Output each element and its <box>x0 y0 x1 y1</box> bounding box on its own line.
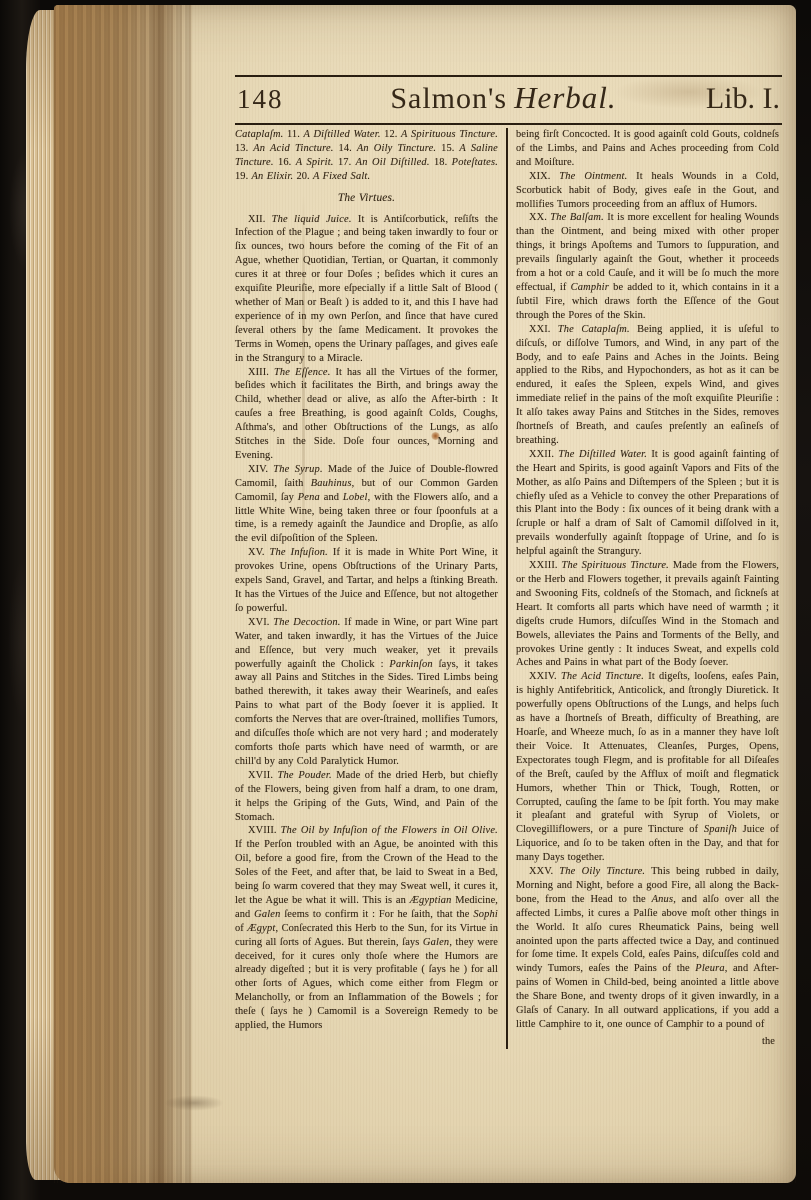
paragraph-xviii-oil-by-infusion: XVIII. The Oil by Infuſion of the Flower… <box>235 824 498 1033</box>
paragraph-xxiii-spirituous-tincture: XXIII. The Spirituous Tincture. Made fro… <box>516 559 779 670</box>
paragraph-xxi-cataplasm: XXI. The Cataplaſm. Being applied, it is… <box>516 323 779 448</box>
heading-the-virtues: The Virtues. <box>235 192 498 206</box>
printed-text-block: 148 Salmon's Herbal. Lib. I. Cataplaſm. … <box>235 75 782 1049</box>
book-title-italic: Herbal. <box>514 80 617 115</box>
page-leaf: 148 Salmon's Herbal. Lib. I. Cataplaſm. … <box>54 5 796 1183</box>
column-right: being firſt Concocted. It is good againſ… <box>506 128 779 1049</box>
paragraph-xvi-decoction: XVI. The Decoction. If made in Wine, or … <box>235 616 498 769</box>
book-title-roman: Salmon's <box>390 82 507 115</box>
book-title: Salmon's Herbal. <box>327 80 680 116</box>
catchword: the <box>516 1035 779 1049</box>
paragraph-xx-balsam: XX. The Balſam. It is more excellent for… <box>516 211 779 322</box>
paragraph-preparations-list: Cataplaſm. 11. A Diſtilled Water. 12. A … <box>235 128 498 184</box>
gutter-stain <box>54 5 192 1183</box>
paragraph-continuation: being firſt Concocted. It is good againſ… <box>516 128 779 170</box>
book-part-label: Lib. I. <box>680 82 780 116</box>
paragraph-xxii-distilled-water: XXII. The Diſtilled Water. It is good ag… <box>516 448 779 559</box>
book-photo: 148 Salmon's Herbal. Lib. I. Cataplaſm. … <box>0 0 811 1200</box>
column-left: Cataplaſm. 11. A Diſtilled Water. 12. A … <box>235 128 506 1049</box>
two-column-text: Cataplaſm. 11. A Diſtilled Water. 12. A … <box>235 128 782 1049</box>
paragraph-xv-infusion: XV. The Infuſion. If it is made in White… <box>235 546 498 616</box>
running-header: 148 Salmon's Herbal. Lib. I. <box>235 75 782 125</box>
paragraph-xiii-essence: XIII. The Eſſence. It has all the Virtue… <box>235 366 498 463</box>
paragraph-xix-ointment: XIX. The Ointment. It heals Wounds in a … <box>516 170 779 212</box>
paragraph-xxiv-acid-tincture: XXIV. The Acid Tincture. It digeſts, loo… <box>516 670 779 865</box>
page-number: 148 <box>237 84 327 115</box>
paragraph-xiv-syrup: XIV. The Syrup. Made of the Juice of Dou… <box>235 463 498 546</box>
paper-smudge <box>164 1095 224 1111</box>
paragraph-xii-liquid-juice: XII. The liquid Juice. It is Antiſcorbut… <box>235 213 498 366</box>
paragraph-xvii-pouder: XVII. The Pouder. Made of the dried Herb… <box>235 769 498 825</box>
paragraph-xxv-oily-tincture: XXV. The Oily Tincture. This being rubbe… <box>516 865 779 1032</box>
